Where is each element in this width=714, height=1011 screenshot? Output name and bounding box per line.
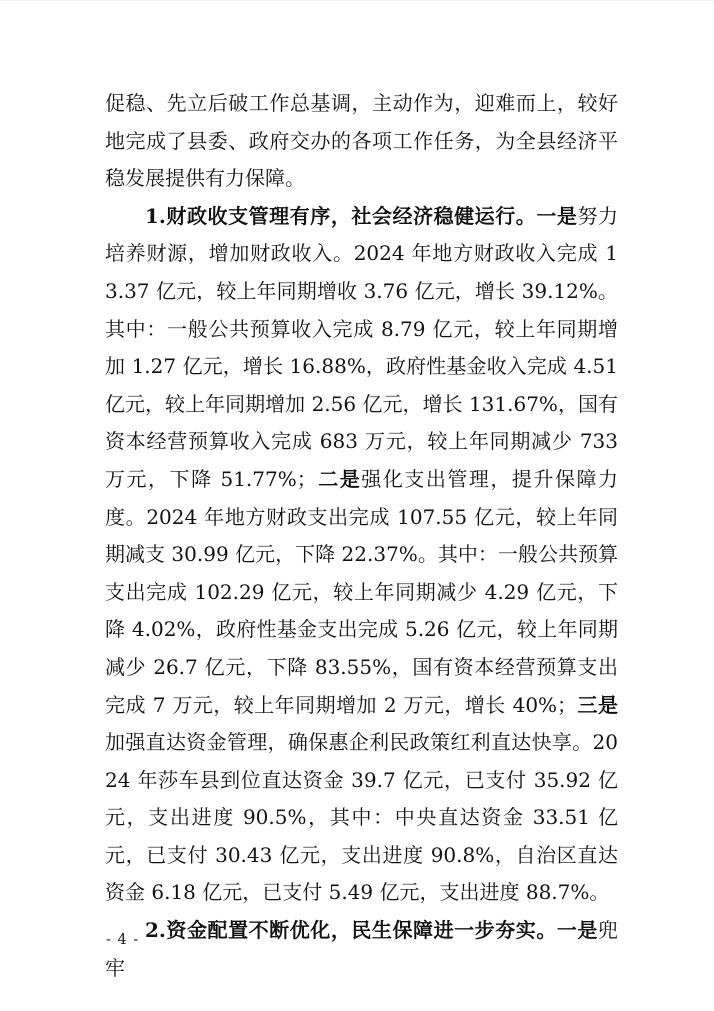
paragraph: 2.资金配置不断优化，民生保障进一步夯实。一是兜牢 xyxy=(105,912,618,987)
bold-text-run: 二是 xyxy=(317,467,362,491)
page-number: - 4 - xyxy=(106,932,139,948)
bold-text-run: 2.资金配置不断优化，民生保障进一步夯实。一是 xyxy=(145,918,598,942)
text-run: 加强直达资金管理，确保惠企利民政策红利直达快享。 xyxy=(105,730,593,754)
bold-text-run: 三是 xyxy=(577,693,618,717)
bold-text-run: 1.财政收支管理有序，社会经济稳健运行。一是 xyxy=(145,204,577,228)
document-page: 促稳、先立后破工作总基调，主动作为，迎难而上，较好地完成了县委、政府交办的各项工… xyxy=(0,0,714,1011)
paragraph: 1.财政收支管理有序，社会经济稳健运行。一是努力培养财源，增加财政收入。2024… xyxy=(105,198,618,912)
text-run: 2024 年地方财政支出完成 107.55 亿元，较上年同期减支 30.99 亿… xyxy=(105,505,618,717)
text-run: 促稳、先立后破工作总基调，主动作为，迎难而上，较好地完成了县委、政府交办的各项工… xyxy=(105,91,618,190)
text-run: 2024 年莎车县到位直达资金 39.7 亿元，已支付 35.92 亿元，支出进… xyxy=(105,730,618,904)
document-body: 促稳、先立后破工作总基调，主动作为，迎难而上，较好地完成了县委、政府交办的各项工… xyxy=(105,85,618,987)
text-run: 2024 年地方财政收入完成 13.37 亿元，较上年同期增收 3.76 亿元，… xyxy=(105,241,618,491)
paragraph: 促稳、先立后破工作总基调，主动作为，迎难而上，较好地完成了县委、政府交办的各项工… xyxy=(105,85,618,198)
